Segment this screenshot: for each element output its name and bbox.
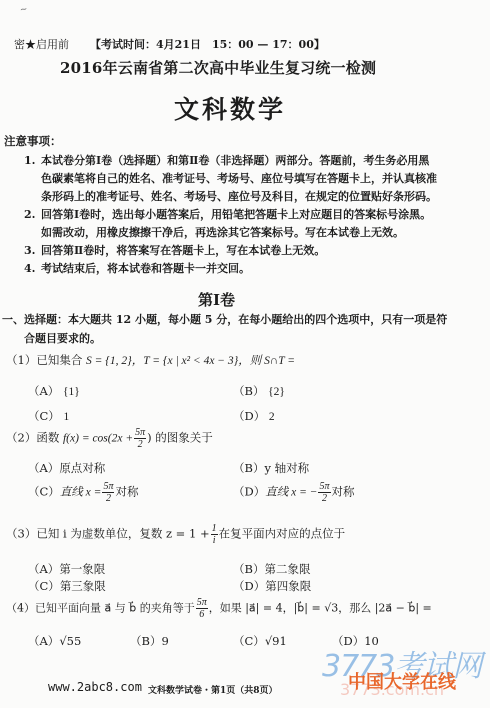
option-label: （D） [233,409,265,423]
option-text: 第一象限 [59,562,105,576]
section-desc-line: 合题目要求的。 [2,329,447,348]
fraction-numerator: 1 [211,523,218,535]
question-number: （1） [6,353,36,367]
option-1c: （C） 1 [28,408,69,424]
option-text: 2 [269,411,275,423]
option-label: （A） [28,634,59,648]
option-label: （B） [130,634,161,648]
exam-title: 2016年云南省第二次高中毕业生复习统一检测 [60,57,376,78]
option-label: （C） [28,409,60,423]
footer-url: www.2abc8.com [48,680,142,694]
question-4: （4）已知平面向量 a⃗ 与 b⃗ 的夹角等于5π6，如果 |a⃗| = 4，|… [6,597,432,620]
option-4a: （A）√55 [28,633,81,649]
option-4c: （C）√91 [233,633,287,649]
option-1d: （D） 2 [233,408,275,424]
footer-page-info: 文科数学试卷・第1页（共8页） [148,683,278,696]
note-line: 条形码上的准考证号、姓名、考场号、座位号及科目，在规定的位置贴好条形码。 [41,188,437,206]
note-line: 色碳素笔将自己的姓名、准考证号、考场号、座位号填写在答题卡上，并认真核准 [41,170,437,188]
question-number: （2） [6,431,36,445]
option-label: （A） [28,461,59,475]
option-label: （C） [28,485,60,499]
option-3d: （D）第四象限 [233,578,311,594]
question-2: （2）函数 f(x) = cos(2x +5π2) 的图象关于 [6,427,213,450]
corner-mark: ~ [19,4,28,15]
question-stem-math: f(x) = cos(2x + [63,433,133,445]
option-text: 原点对称 [59,461,105,475]
option-4b: （B）9 [130,633,169,649]
note-number: 2. [24,206,35,224]
option-label: （B） [233,461,264,475]
option-3b: （B）第二象限 [233,561,310,577]
question-stem-text: 函数 [36,431,59,445]
option-2c: （C）直线 x =5π2对称 [28,481,138,504]
option-text: 直线 x = − [265,487,317,499]
option-2a: （A）原点对称 [28,460,105,476]
option-text: {1} [63,386,80,398]
fraction-denominator: 6 [196,609,208,620]
confidential-label: 密★启用前 [14,36,69,52]
fraction-numerator: 5π [102,481,114,493]
option-text: √91 [265,634,287,648]
note-line: 如需改动，用橡皮擦擦干净后，再选涂其它答案标号。写在本试卷上无效。 [41,224,404,242]
fraction: 5π2 [102,481,114,504]
option-text: √55 [59,634,81,648]
option-text: 第四象限 [265,579,311,593]
option-suffix: 对称 [115,485,138,499]
fraction-denominator: 2 [134,439,146,450]
question-1: （1）已知集合 S = {1, 2}，T = {x | x² < 4x − 3}… [6,352,295,368]
question-stem-text: 已知平面向量 a⃗ 与 b⃗ 的夹角等于 [35,602,195,615]
option-1a: （A） {1} [28,383,80,399]
option-suffix: 对称 [332,485,355,499]
note-line: 考试结束后，将本试卷和答题卡一并交回。 [41,260,250,278]
option-3a: （A）第一象限 [28,561,105,577]
option-text: {2} [268,386,285,398]
question-number: （4） [6,602,35,615]
note-number: 4. [24,260,35,278]
question-number: （3） [6,527,36,541]
note-number: 3. [24,242,35,260]
option-label: （A） [28,384,59,398]
option-2b: （B）y 轴对称 [233,460,309,476]
question-3: （3）已知 i 为虚数单位，复数 z = 1 +1i在复平面内对应的点位于 [6,523,345,546]
fraction-denominator: 2 [102,493,114,504]
option-text: 9 [161,634,168,648]
option-text: 第三象限 [60,579,106,593]
option-text: 直线 x = [60,487,102,499]
fraction: 5π6 [196,597,208,620]
option-label: （D） [233,579,265,593]
option-text: 第二象限 [264,562,310,576]
note-line: 回答第Ⅱ卷时，将答案写在答题卡上，写在本试卷上无效。 [41,242,325,260]
option-label: （B） [233,384,264,398]
watermark-slogan: 中国大学在线 [348,668,456,694]
option-text: 1 [63,411,69,423]
option-label: （C） [233,634,265,648]
option-text: y 轴对称 [264,461,309,475]
option-label: （A） [28,562,59,576]
fraction-denominator: 2 [318,493,330,504]
fraction: 5π2 [318,481,330,504]
notes-title: 注意事项： [4,133,62,149]
question-stem-text: 已知 i 为虚数单位，复数 z = 1 + [36,527,209,541]
fraction-denominator: i [211,535,218,546]
option-3c: （C）第三象限 [28,578,106,594]
fraction-numerator: 5π [134,427,146,439]
fraction-numerator: 5π [196,597,208,609]
fraction: 5π2 [134,427,146,450]
option-label: （B） [233,562,264,576]
question-stem-suffix: ) 的图象关于 [147,431,213,445]
section-desc-line: 一、选择题：本大题共 12 小题，每小题 5 分，在每小题给出的四个选项中，只有… [2,310,447,329]
exam-time: 【考试时间：4月21日 15：00 — 17：00】 [90,36,325,52]
subject-title: 文科数学 [174,90,286,126]
option-label: （D） [233,485,265,499]
question-stem-suffix: ，如果 |a⃗| = 4，|b⃗| = √3，那么 |2a⃗ − b⃗| = [209,602,432,615]
fraction-numerator: 5π [318,481,330,493]
note-line: 本试卷分第Ⅰ卷（选择题）和第Ⅱ卷（非选择题）两部分。答题前，考生务必用黑 [41,152,429,170]
question-stem-math: S = {1, 2}，T = {x | x² < 4x − 3}，则 S∩T = [86,355,295,367]
option-1b: （B） {2} [233,383,285,399]
fraction: 1i [211,523,218,546]
note-line: 回答第Ⅰ卷时，选出每小题答案后，用铅笔把答题卡上对应题目的答案标号涂黑。 [41,206,431,224]
option-2d: （D）直线 x = −5π2对称 [233,481,355,504]
section-title: 第Ⅰ卷 [198,289,235,310]
option-label: （C） [28,579,60,593]
question-stem-text: 已知集合 [36,353,82,367]
note-number: 1. [24,152,35,170]
section-description: 一、选择题：本大题共 12 小题，每小题 5 分，在每小题给出的四个选项中，只有… [2,310,447,348]
question-stem-suffix: 在复平面内对应的点位于 [219,527,346,541]
